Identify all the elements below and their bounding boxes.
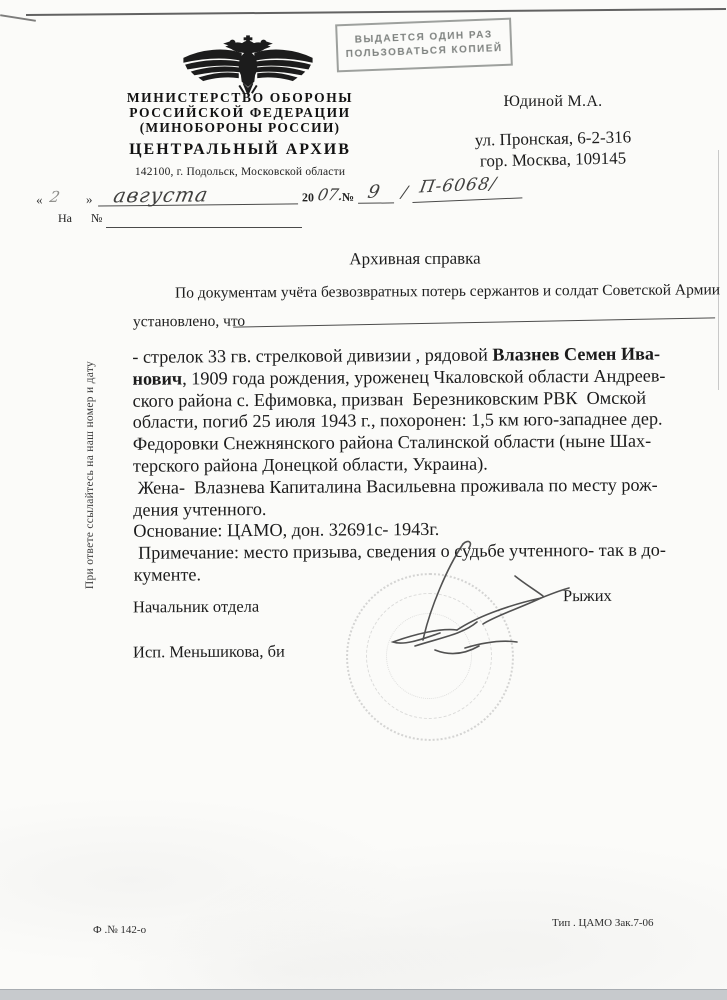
handwritten-slash: / <box>400 182 409 201</box>
executor-note: Исп. Меньшикова, би <box>133 642 285 663</box>
open-quote: « <box>36 192 43 208</box>
body-line: нович, 1909 года рождения, уроженец Чкал… <box>132 365 717 390</box>
signer-surname: Рыжих <box>563 586 612 606</box>
ministry-name-line3: (МИНОБОРОНЫ РОССИИ) <box>100 120 380 136</box>
body-line: Жена- Влазнева Капиталина Васильевна про… <box>133 474 718 499</box>
recipient-city: гор. Москва, 109145 <box>438 148 668 173</box>
handwritten-signature <box>345 538 595 703</box>
scanned-document-page: ВЫДАЕТСЯ ОДИН РАЗ ПОЛЬЗОВАТЬСЯ КОПИЕЙ <box>0 0 727 1000</box>
na-underline <box>106 205 302 228</box>
double-headed-eagle-icon <box>180 34 316 98</box>
handwritten-year: 07. <box>316 185 345 204</box>
scan-edge-line-right <box>718 150 719 390</box>
scan-edge-band-bottom <box>0 989 727 1000</box>
soldier-name-bold: Влазнев Семен Ива- <box>492 344 660 365</box>
intro-line-2: установлено, что <box>133 313 245 332</box>
reply-to-number-line: На № <box>58 211 102 226</box>
reply-reference-side-note: При ответе ссылайтесь на наш номер и дат… <box>84 361 96 589</box>
form-number-footer: Ф .№ 142-о <box>93 924 146 936</box>
na-number-sign: № <box>91 211 102 225</box>
recipient-name: Юдиной М.А. <box>438 93 668 111</box>
ministry-name-line1: МИНИСТЕРСТВО ОБОРОНЫ <box>100 90 380 106</box>
body-text: - стрелок 33 гв. стрелковой дивизии , ря… <box>132 345 492 367</box>
body-line: Федоровки Снежнянского района Сталинской… <box>133 430 718 455</box>
intro-line-1: По документам учёта безвозвратных потерь… <box>175 281 720 302</box>
document-title: Архивная справка <box>130 247 700 270</box>
handwritten-case-number: П-6068/ <box>418 174 498 198</box>
intro-underline <box>233 303 715 327</box>
signer-position: Начальник отдела <box>133 597 259 618</box>
number-sign-label: № <box>342 190 354 205</box>
print-order-footer: Тип . ЦАМО Зак.7-06 <box>552 917 653 929</box>
ministry-name-line2: РОССИЙСКОЙ ФЕДЕРАЦИИ <box>100 105 380 121</box>
na-label: На <box>58 211 72 225</box>
handwritten-month: августа <box>112 182 211 207</box>
close-quote: » <box>86 192 93 208</box>
body-text: , 1909 года рождения, уроженец Чкаловско… <box>182 365 665 388</box>
central-archive-title: ЦЕНТРАЛЬНЫЙ АРХИВ <box>100 141 380 159</box>
soldier-name-bold: нович <box>132 368 182 388</box>
handwritten-day: 2 <box>48 188 61 206</box>
copy-usage-stamp: ВЫДАЕТСЯ ОДИН РАЗ ПОЛЬЗОВАТЬСЯ КОПИЕЙ <box>335 18 513 73</box>
year-printed: 20 <box>302 190 314 205</box>
scan-edge-line-top <box>26 8 726 16</box>
archive-address: 142100, г. Подольск, Московской области <box>100 166 380 178</box>
